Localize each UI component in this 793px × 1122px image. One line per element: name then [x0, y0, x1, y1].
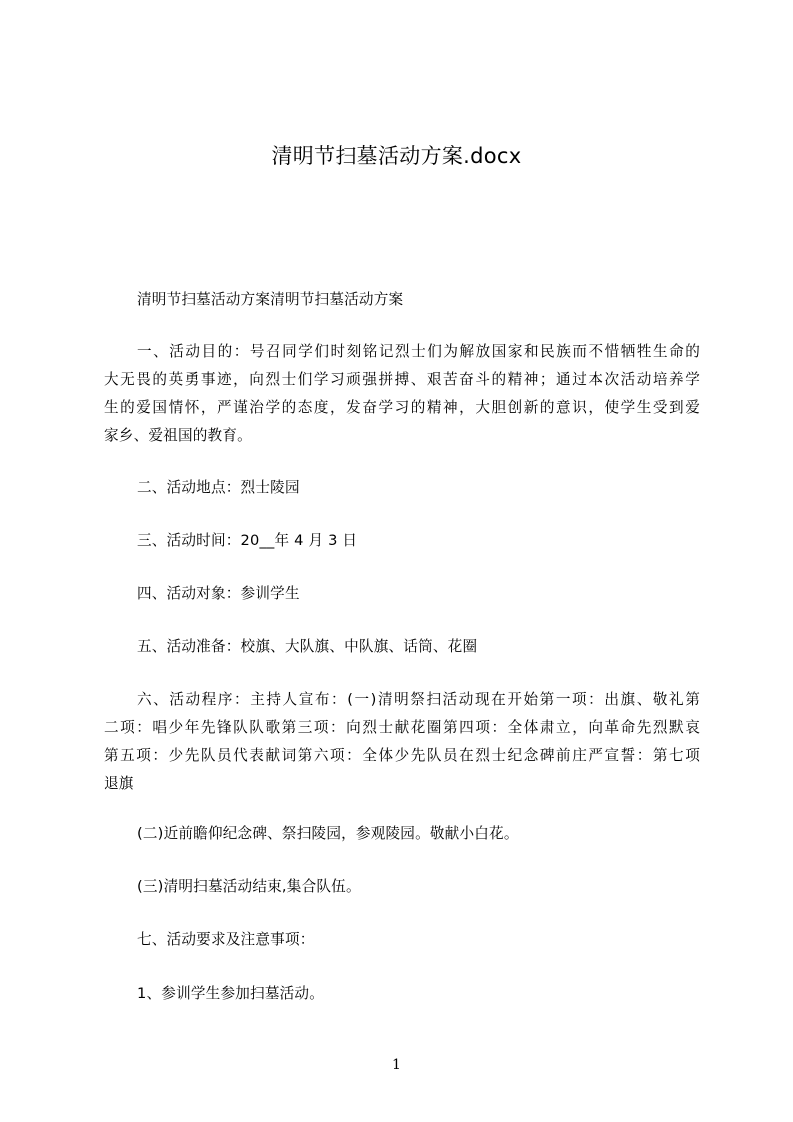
section-purpose-line-3: 生的爱国情怀，严谨治学的态度，发奋学习的精神，大胆创新的意识，使学生受到爱 — [104, 394, 700, 422]
section-procedure-line-4: 退旗 — [104, 770, 700, 798]
page-number: 1 — [0, 1055, 793, 1075]
section-procedure-line-2: 二项：唱少年先锋队队歌第三项：向烈士献花圈第四项：全体肃立，向革命先烈默哀 — [104, 714, 700, 742]
section-time: 三、活动时间：20__年 4 月 3 日 — [137, 527, 733, 555]
section-procedure-line-1: 六、活动程序：主持人宣布：(一)清明祭扫活动现在开始第一项：出旗、敬礼第 — [104, 686, 700, 714]
section-preparation: 五、活动准备：校旗、大队旗、中队旗、话筒、花圈 — [137, 633, 733, 661]
subsection-two: (二)近前瞻仰纪念碑、祭扫陵园，参观陵园。敬献小白花。 — [137, 820, 733, 848]
heading-line: 清明节扫墓活动方案清明节扫墓活动方案 — [137, 286, 733, 314]
subsection-three: (三)清明扫墓活动结束,集合队伍。 — [137, 873, 733, 901]
section-procedure: 六、活动程序：主持人宣布：(一)清明祭扫活动现在开始第一项：出旗、敬礼第 二项：… — [104, 686, 700, 798]
section-purpose-line-2: 大无畏的英勇事迹，向烈士们学习顽强拼搏、艰苦奋斗的精神；通过本次活动培养学 — [104, 366, 700, 394]
section-location: 二、活动地点：烈士陵园 — [137, 474, 733, 502]
section-purpose-line-4: 家乡、爱祖国的教育。 — [104, 422, 700, 450]
section-participants: 四、活动对象：参训学生 — [137, 580, 733, 608]
document-page: 清明节扫墓活动方案.docx 清明节扫墓活动方案清明节扫墓活动方案 一、活动目的… — [0, 0, 793, 1122]
section-requirements: 七、活动要求及注意事项： — [137, 926, 733, 954]
requirement-item-1: 1、参训学生参加扫墓活动。 — [137, 980, 733, 1008]
section-purpose: 一、活动目的：号召同学们时刻铭记烈士们为解放国家和民族而不惜牺牲生命的 大无畏的… — [104, 338, 700, 450]
section-purpose-line-1: 一、活动目的：号召同学们时刻铭记烈士们为解放国家和民族而不惜牺牲生命的 — [104, 338, 700, 366]
section-procedure-line-3: 第五项：少先队员代表献词第六项：全体少先队员在烈士纪念碑前庄严宣誓：第七项 — [104, 742, 700, 770]
document-title: 清明节扫墓活动方案.docx — [0, 140, 793, 172]
